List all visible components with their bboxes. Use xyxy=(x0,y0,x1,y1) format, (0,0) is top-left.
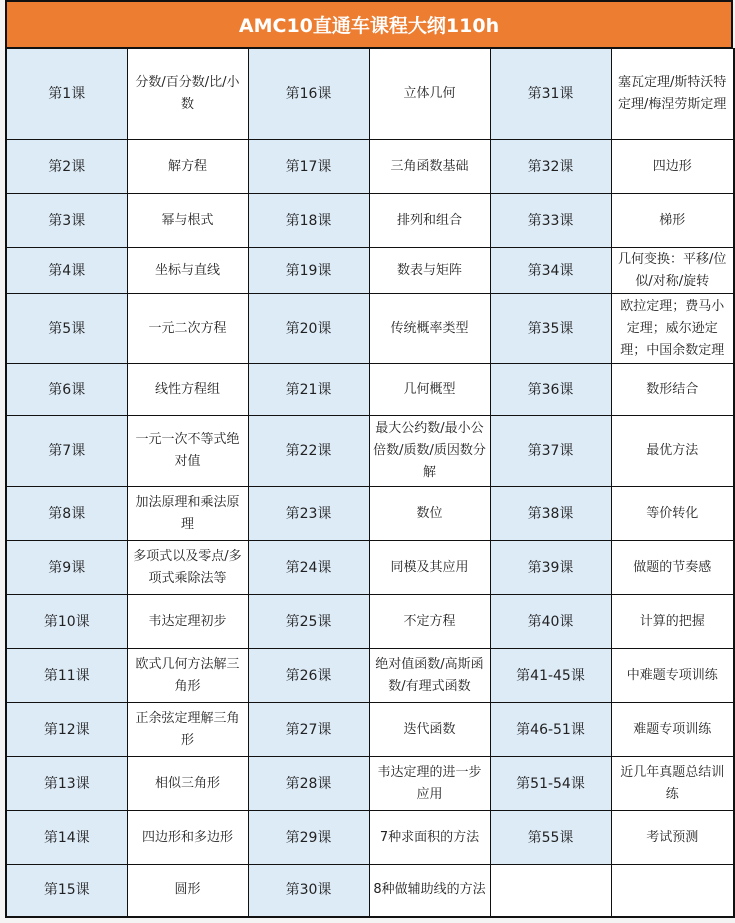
lesson-topic-cell xyxy=(611,865,734,917)
lesson-number-cell: 第4课 xyxy=(6,248,127,294)
lesson-number-cell: 第35课 xyxy=(490,294,611,364)
lesson-number-cell: 第1课 xyxy=(6,49,127,140)
lesson-topic-cell: 几何概型 xyxy=(369,364,490,416)
lesson-topic-cell: 最大公约数/最小公倍数/质数/质因数分解 xyxy=(369,416,490,487)
table-row: 第3课幂与根式第18课排列和组合第33课梯形 xyxy=(6,194,734,248)
lesson-number-cell: 第3课 xyxy=(6,194,127,248)
lesson-topic-cell: 等价转化 xyxy=(611,487,734,541)
lesson-topic-cell: 线性方程组 xyxy=(127,364,248,416)
lesson-number-cell: 第24课 xyxy=(248,541,369,595)
lesson-topic-cell: 立体几何 xyxy=(369,49,490,140)
lesson-topic-cell: 中难题专项训练 xyxy=(611,649,734,703)
lesson-number-cell: 第29课 xyxy=(248,811,369,865)
lesson-topic-cell: 解方程 xyxy=(127,140,248,194)
lesson-number-cell: 第30课 xyxy=(248,865,369,917)
lesson-topic-cell: 同模及其应用 xyxy=(369,541,490,595)
lesson-topic-cell: 韦达定理初步 xyxy=(127,595,248,649)
lesson-topic-cell: 考试预测 xyxy=(611,811,734,865)
lesson-topic-cell: 绝对值函数/高斯函数/有理式函数 xyxy=(369,649,490,703)
lesson-topic-cell: 四边形和多边形 xyxy=(127,811,248,865)
lesson-topic-cell: 韦达定理的进一步应用 xyxy=(369,757,490,811)
syllabus-table-body: 第1课分数/百分数/比/小数第16课立体几何第31课塞瓦定理/斯特沃特定理/梅涅… xyxy=(6,49,734,917)
table-row: 第8课加法原理和乘法原理第23课数位第38课等价转化 xyxy=(6,487,734,541)
lesson-number-cell: 第20课 xyxy=(248,294,369,364)
lesson-number-cell: 第8课 xyxy=(6,487,127,541)
lesson-number-cell: 第26课 xyxy=(248,649,369,703)
lesson-topic-cell: 几何变换：平移/位似/对称/旋转 xyxy=(611,248,734,294)
lesson-number-cell: 第34课 xyxy=(490,248,611,294)
lesson-number-cell: 第17课 xyxy=(248,140,369,194)
lesson-topic-cell: 四边形 xyxy=(611,140,734,194)
lesson-topic-cell: 近几年真题总结训练 xyxy=(611,757,734,811)
lesson-number-cell: 第32课 xyxy=(490,140,611,194)
table-row: 第2课解方程第17课三角函数基础第32课四边形 xyxy=(6,140,734,194)
lesson-topic-cell: 数表与矩阵 xyxy=(369,248,490,294)
lesson-topic-cell: 加法原理和乘法原理 xyxy=(127,487,248,541)
table-row: 第10课韦达定理初步第25课不定方程第40课计算的把握 xyxy=(6,595,734,649)
lesson-number-cell: 第22课 xyxy=(248,416,369,487)
syllabus-sheet: AMC10直通车课程大纲110h 第1课分数/百分数/比/小数第16课立体几何第… xyxy=(5,0,733,918)
table-row: 第7课一元一次不等式绝对值第22课最大公约数/最小公倍数/质数/质因数分解第37… xyxy=(6,416,734,487)
lesson-number-cell: 第2课 xyxy=(6,140,127,194)
lesson-number-cell: 第40课 xyxy=(490,595,611,649)
lesson-number-cell: 第21课 xyxy=(248,364,369,416)
lesson-number-cell: 第6课 xyxy=(6,364,127,416)
lesson-topic-cell: 迭代函数 xyxy=(369,703,490,757)
table-row: 第1课分数/百分数/比/小数第16课立体几何第31课塞瓦定理/斯特沃特定理/梅涅… xyxy=(6,49,734,140)
lesson-topic-cell: 做题的节奏感 xyxy=(611,541,734,595)
lesson-number-cell xyxy=(490,865,611,917)
lesson-number-cell: 第14课 xyxy=(6,811,127,865)
lesson-number-cell: 第5课 xyxy=(6,294,127,364)
lesson-topic-cell: 分数/百分数/比/小数 xyxy=(127,49,248,140)
lesson-topic-cell: 难题专项训练 xyxy=(611,703,734,757)
lesson-topic-cell: 传统概率类型 xyxy=(369,294,490,364)
lesson-topic-cell: 正余弦定理解三角形 xyxy=(127,703,248,757)
lesson-topic-cell: 最优方法 xyxy=(611,416,734,487)
syllabus-table: 第1课分数/百分数/比/小数第16课立体几何第31课塞瓦定理/斯特沃特定理/梅涅… xyxy=(5,48,735,918)
lesson-topic-cell: 相似三角形 xyxy=(127,757,248,811)
lesson-topic-cell: 欧拉定理；费马小定理；威尔逊定理；中国余数定理 xyxy=(611,294,734,364)
lesson-number-cell: 第23课 xyxy=(248,487,369,541)
lesson-number-cell: 第51-54课 xyxy=(490,757,611,811)
lesson-topic-cell: 欧式几何方法解三角形 xyxy=(127,649,248,703)
lesson-topic-cell: 梯形 xyxy=(611,194,734,248)
lesson-number-cell: 第36课 xyxy=(490,364,611,416)
lesson-number-cell: 第38课 xyxy=(490,487,611,541)
lesson-number-cell: 第31课 xyxy=(490,49,611,140)
lesson-topic-cell: 7种求面积的方法 xyxy=(369,811,490,865)
lesson-number-cell: 第15课 xyxy=(6,865,127,917)
lesson-number-cell: 第41-45课 xyxy=(490,649,611,703)
lesson-topic-cell: 坐标与直线 xyxy=(127,248,248,294)
lesson-number-cell: 第19课 xyxy=(248,248,369,294)
lesson-number-cell: 第7课 xyxy=(6,416,127,487)
lesson-number-cell: 第37课 xyxy=(490,416,611,487)
lesson-number-cell: 第9课 xyxy=(6,541,127,595)
lesson-topic-cell: 圆形 xyxy=(127,865,248,917)
lesson-topic-cell: 三角函数基础 xyxy=(369,140,490,194)
table-row: 第9课多项式以及零点/多项式乘除法等第24课同模及其应用第39课做题的节奏感 xyxy=(6,541,734,595)
table-row: 第15课圆形第30课8种做辅助线的方法 xyxy=(6,865,734,917)
lesson-number-cell: 第12课 xyxy=(6,703,127,757)
lesson-number-cell: 第16课 xyxy=(248,49,369,140)
lesson-number-cell: 第33课 xyxy=(490,194,611,248)
lesson-number-cell: 第46-51课 xyxy=(490,703,611,757)
lesson-topic-cell: 塞瓦定理/斯特沃特定理/梅涅劳斯定理 xyxy=(611,49,734,140)
lesson-topic-cell: 不定方程 xyxy=(369,595,490,649)
lesson-number-cell: 第11课 xyxy=(6,649,127,703)
lesson-number-cell: 第27课 xyxy=(248,703,369,757)
lesson-number-cell: 第18课 xyxy=(248,194,369,248)
lesson-number-cell: 第55课 xyxy=(490,811,611,865)
table-row: 第5课一元二次方程第20课传统概率类型第35课欧拉定理；费马小定理；威尔逊定理；… xyxy=(6,294,734,364)
syllabus-title: AMC10直通车课程大纲110h xyxy=(5,0,733,48)
lesson-topic-cell: 一元一次不等式绝对值 xyxy=(127,416,248,487)
table-row: 第14课四边形和多边形第29课7种求面积的方法第55课考试预测 xyxy=(6,811,734,865)
lesson-topic-cell: 幂与根式 xyxy=(127,194,248,248)
lesson-topic-cell: 计算的把握 xyxy=(611,595,734,649)
lesson-topic-cell: 多项式以及零点/多项式乘除法等 xyxy=(127,541,248,595)
table-row: 第4课坐标与直线第19课数表与矩阵第34课几何变换：平移/位似/对称/旋转 xyxy=(6,248,734,294)
lesson-topic-cell: 一元二次方程 xyxy=(127,294,248,364)
table-row: 第13课相似三角形第28课韦达定理的进一步应用第51-54课近几年真题总结训练 xyxy=(6,757,734,811)
table-row: 第6课线性方程组第21课几何概型第36课数形结合 xyxy=(6,364,734,416)
lesson-number-cell: 第10课 xyxy=(6,595,127,649)
lesson-number-cell: 第25课 xyxy=(248,595,369,649)
lesson-topic-cell: 8种做辅助线的方法 xyxy=(369,865,490,917)
lesson-topic-cell: 数位 xyxy=(369,487,490,541)
lesson-topic-cell: 数形结合 xyxy=(611,364,734,416)
lesson-number-cell: 第13课 xyxy=(6,757,127,811)
lesson-topic-cell: 排列和组合 xyxy=(369,194,490,248)
table-row: 第11课欧式几何方法解三角形第26课绝对值函数/高斯函数/有理式函数第41-45… xyxy=(6,649,734,703)
lesson-number-cell: 第39课 xyxy=(490,541,611,595)
lesson-number-cell: 第28课 xyxy=(248,757,369,811)
table-row: 第12课正余弦定理解三角形第27课迭代函数第46-51课难题专项训练 xyxy=(6,703,734,757)
